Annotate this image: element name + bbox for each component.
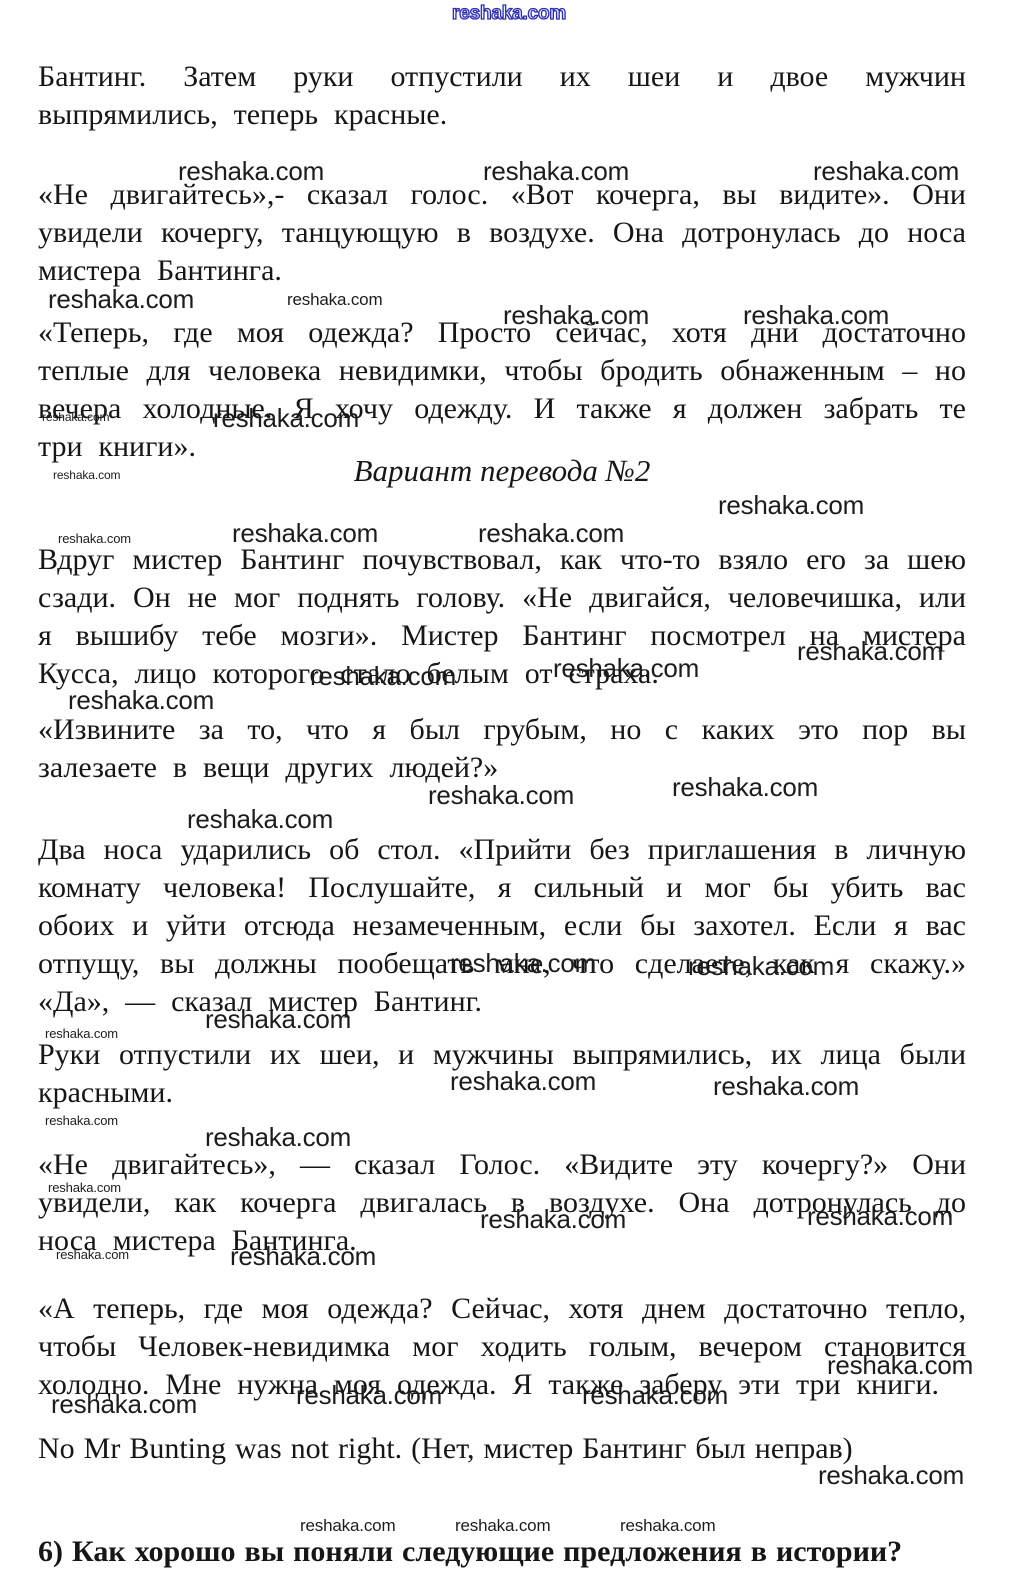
site-watermark: reshaka.com: [178, 158, 324, 184]
site-watermark: reshaka.com: [310, 663, 456, 689]
site-watermark: reshaka.com: [807, 1203, 953, 1229]
paragraph-banting-straightened: Бантинг. Затем руки отпустили их шеи и д…: [38, 58, 966, 134]
site-watermark: reshaka.com: [718, 492, 864, 518]
paragraph-where-are-my-clothes: «Теперь, где моя одежда? Просто сейчас, …: [38, 314, 966, 466]
site-watermark: reshaka.com: [450, 1068, 596, 1094]
site-watermark: reshaka.com: [620, 1517, 715, 1534]
site-watermark: reshaka.com: [503, 302, 649, 328]
site-watermark: reshaka.com: [818, 1462, 964, 1488]
site-watermark: reshaka.com: [296, 1382, 442, 1408]
site-watermark: reshaka.com: [48, 1181, 121, 1194]
site-watermark: reshaka.com: [688, 953, 834, 979]
site-watermark: reshaka.com: [213, 405, 359, 431]
site-watermark: reshaka.com: [478, 520, 624, 546]
site-watermark: reshaka.com: [300, 1517, 395, 1534]
site-watermark: reshaka.com: [230, 1243, 376, 1269]
site-watermark: reshaka.com: [205, 1006, 351, 1032]
site-watermark: reshaka.com: [205, 1124, 351, 1150]
site-watermark: reshaka.com: [743, 302, 889, 328]
site-watermark-top: reshaka.com: [452, 4, 566, 23]
paragraph-now-where-clothes: «А теперь, где моя одежда? Сейчас, хотя …: [38, 1290, 966, 1404]
site-watermark: reshaka.com: [455, 1517, 550, 1534]
site-watermark: reshaka.com: [827, 1352, 973, 1378]
site-watermark: reshaka.com: [553, 655, 699, 681]
site-watermark: reshaka.com: [797, 638, 943, 664]
site-watermark: reshaka.com: [428, 782, 574, 808]
site-watermark: reshaka.com: [48, 286, 194, 312]
paragraph-grabbed-neck: Вдруг мистер Бантинг почувствовал, как ч…: [38, 541, 966, 693]
site-watermark: reshaka.com: [232, 520, 378, 546]
paragraph-dont-move-poker: «Не двигайтесь»,- сказал голос. «Вот коч…: [38, 176, 966, 290]
site-watermark: reshaka.com: [672, 774, 818, 800]
site-watermark: reshaka.com: [187, 806, 333, 832]
site-watermark: reshaka.com: [42, 411, 109, 423]
site-watermark: reshaka.com: [480, 1206, 626, 1232]
site-watermark: reshaka.com: [68, 687, 214, 713]
site-watermark: reshaka.com: [813, 158, 959, 184]
site-watermark: reshaka.com: [58, 532, 131, 545]
paragraph-excuse-rudeness: «Извините за то, что я был грубым, но с …: [38, 711, 966, 787]
site-watermark: reshaka.com: [582, 1382, 728, 1408]
site-watermark: reshaka.com: [53, 469, 120, 481]
site-watermark: reshaka.com: [450, 950, 596, 976]
site-watermark: reshaka.com: [713, 1073, 859, 1099]
document-page: Бантинг. Затем руки отпустили их шеи и д…: [0, 0, 1021, 1576]
site-watermark: reshaka.com: [56, 1248, 129, 1261]
site-watermark: reshaka.com: [51, 1391, 197, 1417]
site-watermark: reshaka.com: [45, 1027, 118, 1040]
question-6-heading: 6) Как хорошо вы поняли следующие предло…: [38, 1533, 966, 1571]
site-watermark: reshaka.com: [287, 291, 382, 308]
site-watermark: reshaka.com: [483, 158, 629, 184]
site-watermark: reshaka.com: [45, 1114, 118, 1127]
paragraph-two-noses-table: Два носа ударились об стол. «Прийти без …: [38, 831, 966, 1021]
translation-variant-heading: Вариант перевода №2: [38, 452, 966, 490]
